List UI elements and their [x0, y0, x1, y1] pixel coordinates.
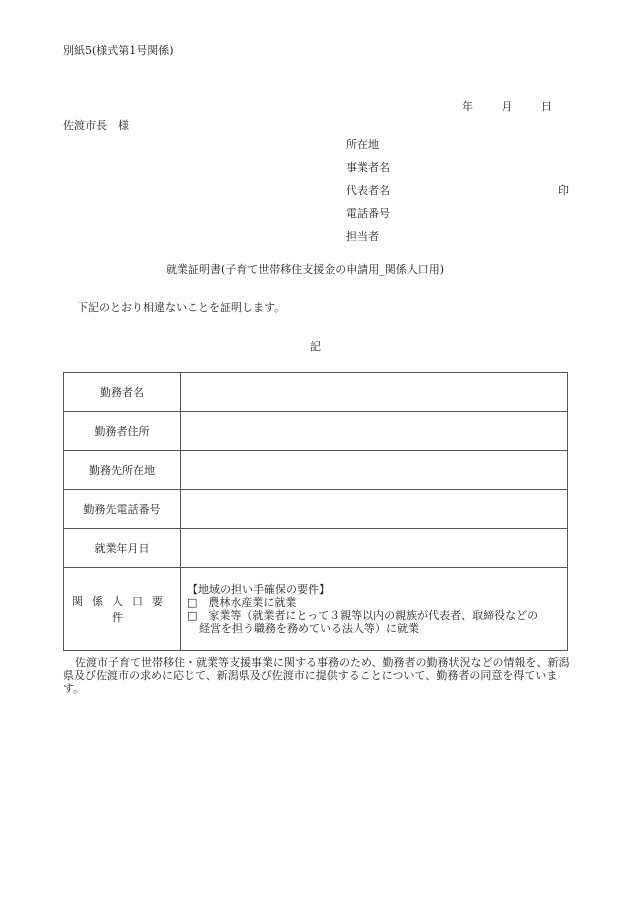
requirement-heading: 【地域の担い手確保の要件】 — [187, 583, 561, 596]
table-row: 勤務先所在地 — [64, 451, 568, 490]
worker-name-label: 勤務者名 — [64, 373, 181, 412]
date-month: 月 — [502, 101, 513, 112]
worker-name-field[interactable] — [181, 373, 568, 412]
date-day: 日 — [541, 101, 552, 112]
sender-phone-row: 電話番号 — [346, 208, 571, 231]
sender-block: 所在地 事業者名 代表者名 印 電話番号 担当者 — [346, 139, 571, 254]
seal-mark: 印 — [558, 185, 569, 196]
sender-company-label: 事業者名 — [346, 161, 390, 174]
requirement-cell: 【地域の担い手確保の要件】 □ 農林水産業に就業 □ 家業等（就業者にとって３親… — [181, 568, 568, 651]
worker-address-label: 勤務者住所 — [64, 412, 181, 451]
workplace-address-label: 勤務先所在地 — [64, 451, 181, 490]
workplace-phone-label: 勤務先電話番号 — [64, 490, 181, 529]
sender-address-row: 所在地 — [346, 139, 571, 162]
consent-note: 佐渡市子育て世帯移住・就業等支援事業に関する事務のため、勤務者の勤務状況などの情… — [63, 656, 573, 695]
document-title: 就業証明書(子育て世帯移住支援金の申請用_関係人口用) — [166, 264, 444, 275]
sender-contact-label: 担当者 — [346, 230, 379, 243]
sender-representative-label: 代表者名 — [346, 184, 390, 197]
worker-address-field[interactable] — [181, 412, 568, 451]
form-id: 別紙5(様式第1号関係) — [63, 45, 174, 56]
requirement-label: 関係人口要件 — [64, 568, 181, 651]
table-row: 勤務先電話番号 — [64, 490, 568, 529]
requirement-option-family-business-cont: 経営を担う職務を務めている法人等）に就業 — [187, 622, 561, 635]
date-line: 年 月 日 — [462, 101, 552, 112]
employment-date-field[interactable] — [181, 529, 568, 568]
ki-marker: 記 — [310, 341, 321, 352]
certificate-table: 勤務者名 勤務者住所 勤務先所在地 勤務先電話番号 就業年月日 関係人口要件 【… — [63, 372, 568, 651]
workplace-address-field[interactable] — [181, 451, 568, 490]
table-row: 勤務者名 — [64, 373, 568, 412]
sender-company-row: 事業者名 — [346, 162, 571, 185]
table-row: 勤務者住所 — [64, 412, 568, 451]
table-row: 就業年月日 — [64, 529, 568, 568]
addressee: 佐渡市長 様 — [63, 120, 129, 131]
sender-address-label: 所在地 — [346, 138, 379, 151]
requirement-option-agriculture[interactable]: □ 農林水産業に就業 — [187, 596, 561, 609]
workplace-phone-field[interactable] — [181, 490, 568, 529]
table-row: 関係人口要件 【地域の担い手確保の要件】 □ 農林水産業に就業 □ 家業等（就業… — [64, 568, 568, 651]
requirement-option-family-business[interactable]: □ 家業等（就業者にとって３親等以内の親族が代表者、取締役などの — [187, 609, 561, 622]
employment-date-label: 就業年月日 — [64, 529, 181, 568]
intro-text: 下記のとおり相違ないことを証明します。 — [77, 302, 285, 313]
sender-representative-row: 代表者名 印 — [346, 185, 571, 208]
date-year: 年 — [462, 101, 473, 112]
sender-phone-label: 電話番号 — [346, 207, 390, 220]
sender-contact-row: 担当者 — [346, 231, 571, 254]
